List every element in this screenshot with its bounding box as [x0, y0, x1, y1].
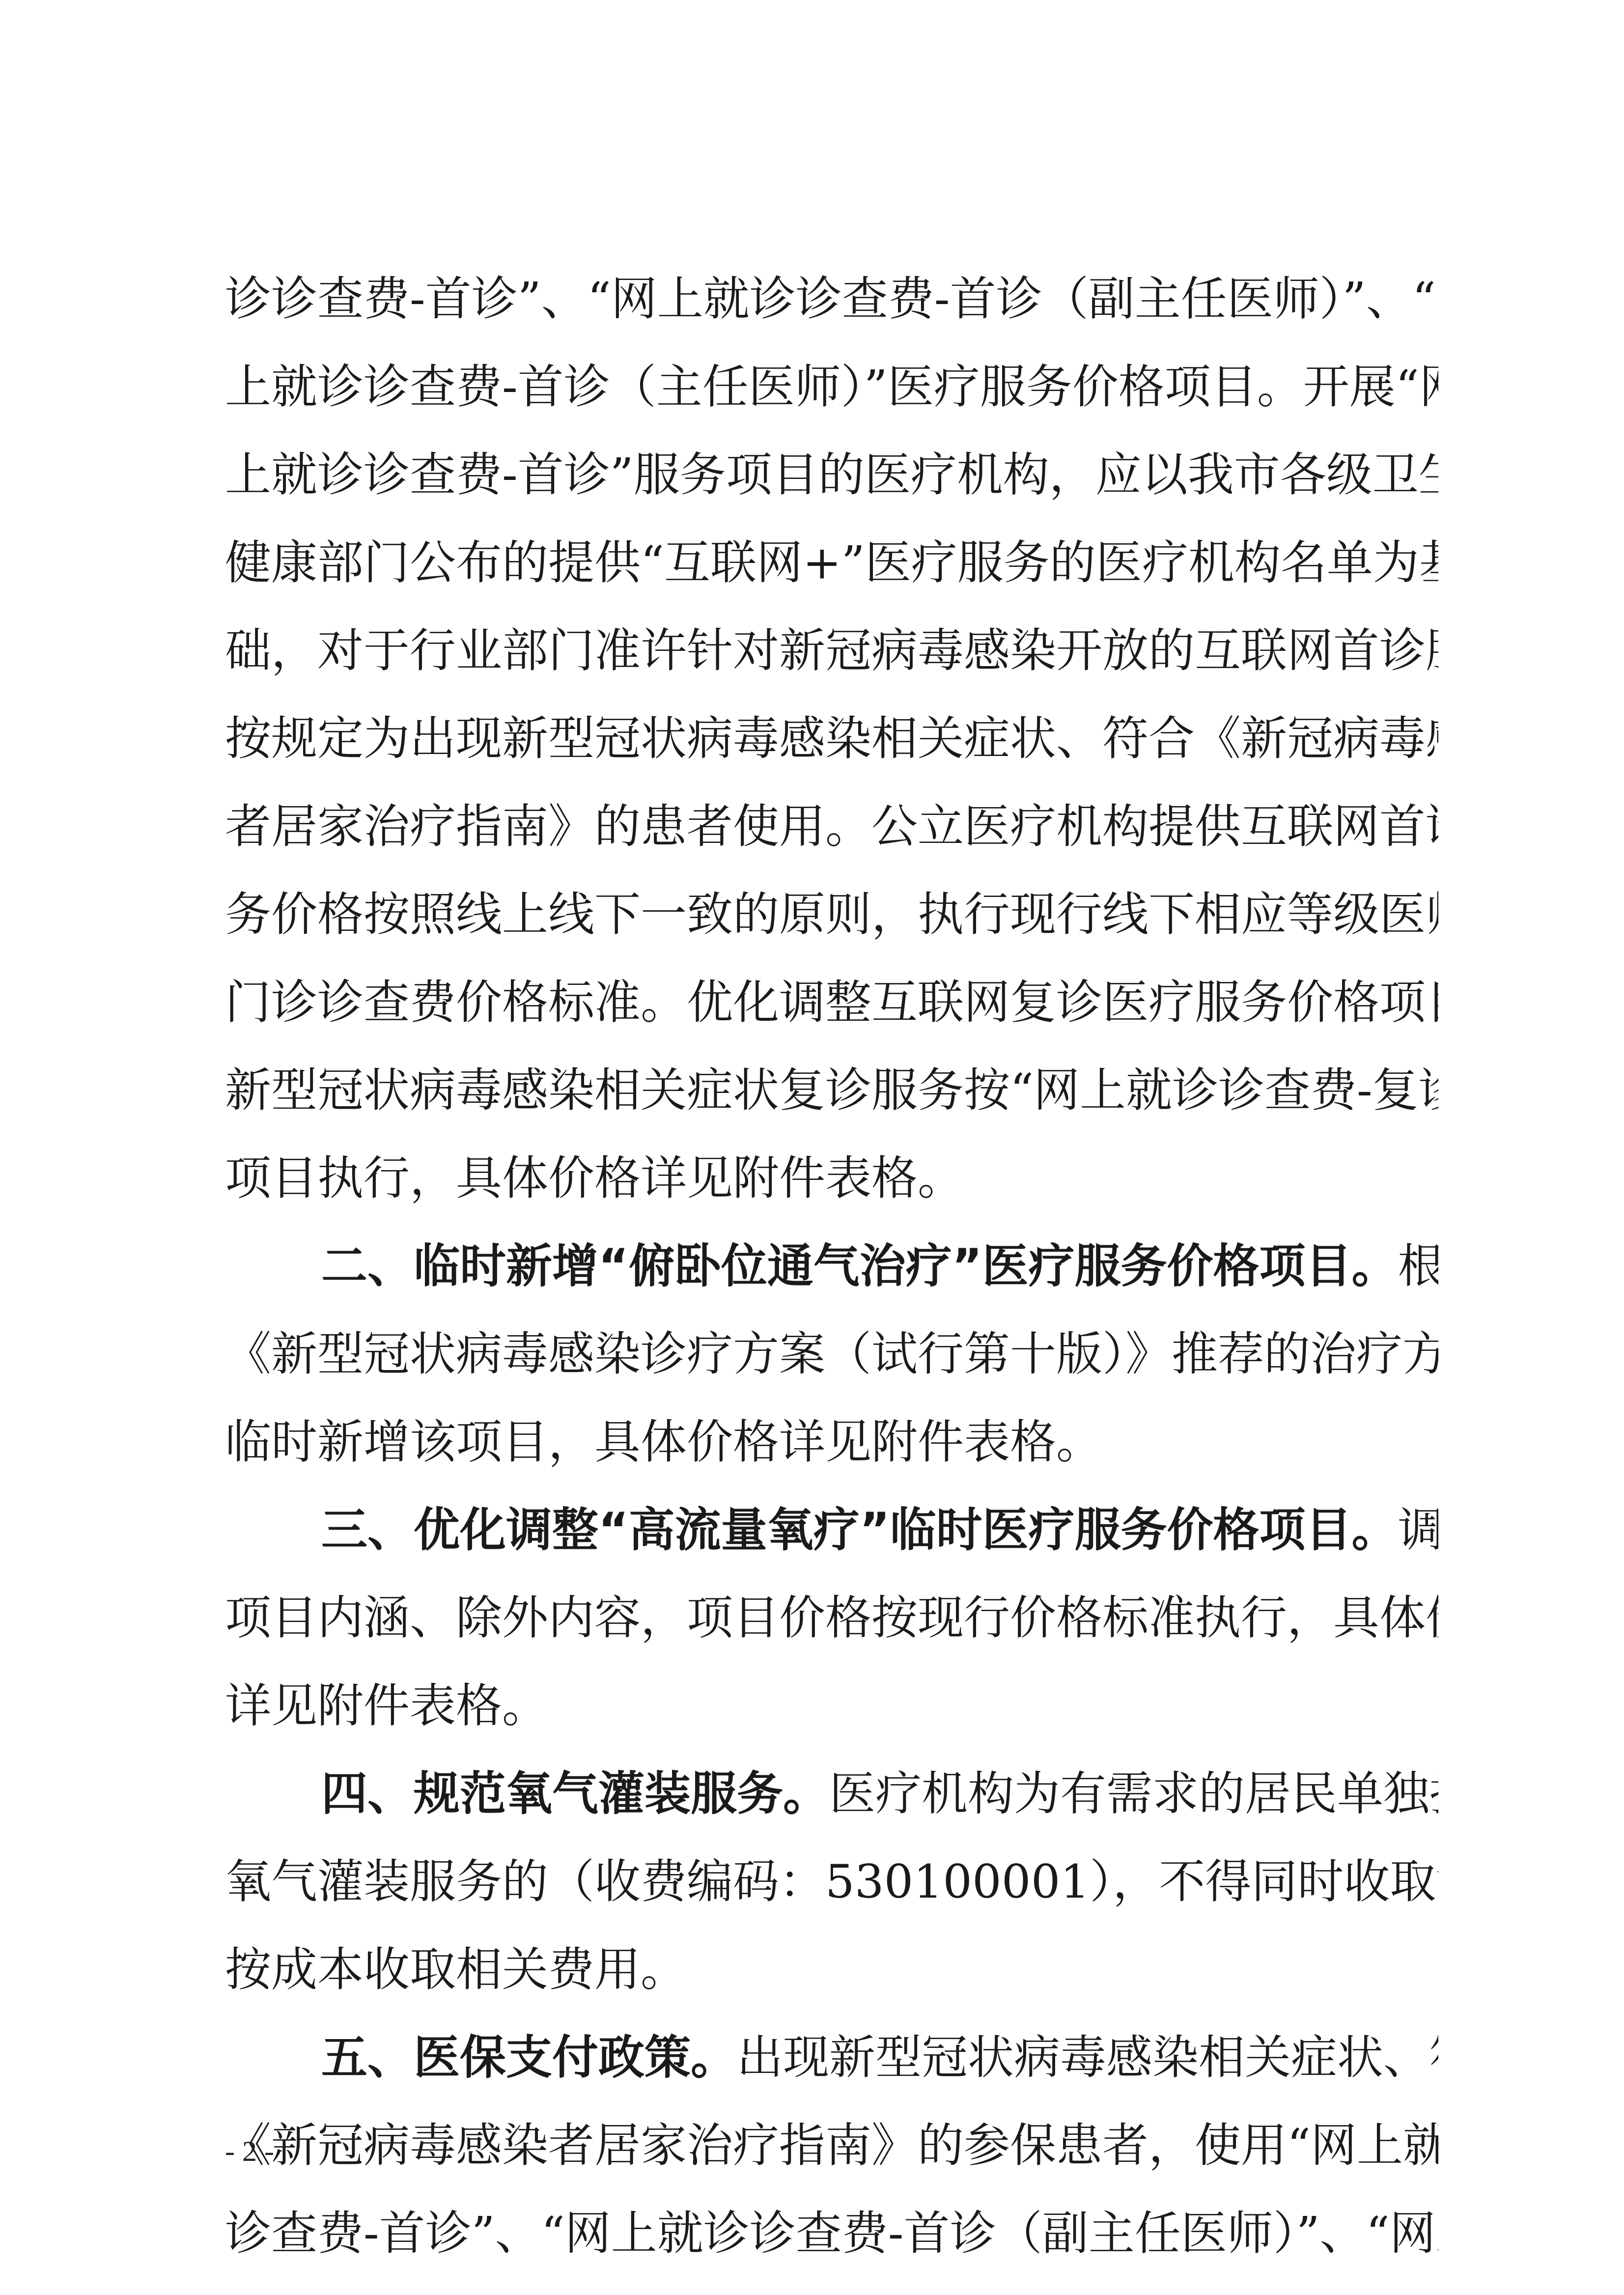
- section-5-first-line: 五、医保支付政策。出现新型冠状病毒感染相关症状、符合: [225, 2014, 1438, 2102]
- text-line: 按规定为出现新型冠状病毒感染相关症状、符合《新冠病毒感染: [225, 695, 1438, 783]
- section-heading: 三、优化调整“高流量氧疗”临时医疗服务价格项目。: [321, 1504, 1398, 1557]
- text-line: 《新冠病毒感染者居家治疗指南》的参保患者，使用“网上就诊: [225, 2102, 1438, 2190]
- section-text: 出现新型冠状病毒感染相关症状、符合: [737, 2031, 1438, 2085]
- body-text: 诊诊查费-首诊”、“网上就诊诊查费-首诊（副主任医师）”、“网 上就诊诊查费-首…: [225, 255, 1438, 2278]
- section-3-first-line: 三、优化调整“高流量氧疗”临时医疗服务价格项目。调整: [225, 1486, 1438, 1574]
- text-line: 上就诊诊查费-首诊（主任医师）”医疗服务价格项目。开展“网: [225, 343, 1438, 431]
- document-page: 诊诊查费-首诊”、“网上就诊诊查费-首诊（副主任医师）”、“网 上就诊诊查费-首…: [0, 0, 1624, 2295]
- page-number: - 2 -: [225, 2134, 274, 2168]
- text-line: 础，对于行业部门准许针对新冠病毒感染开放的互联网首诊服务，: [225, 607, 1438, 695]
- text-line: 项目执行，具体价格详见附件表格。: [225, 1135, 1438, 1223]
- text-line: 健康部门公布的提供“互联网+”医疗服务的医疗机构名单为基: [225, 519, 1438, 607]
- text-line: 《新型冠状病毒感染诊疗方案（试行第十版）》推荐的治疗方式，: [225, 1311, 1438, 1399]
- text-line: 详见附件表格。: [225, 1662, 1438, 1750]
- text-line: 新型冠状病毒感染相关症状复诊服务按“网上就诊诊查费-复诊”: [225, 1047, 1438, 1135]
- section-heading: 五、医保支付政策。: [321, 2031, 737, 2085]
- section-heading: 四、规范氧气灌装服务。: [321, 1767, 829, 1821]
- text-line: 诊查费-首诊”、“网上就诊诊查费-首诊（副主任医师）”、“网上: [225, 2190, 1438, 2278]
- text-line: 临时新增该项目，具体价格详见附件表格。: [225, 1399, 1438, 1486]
- text-line: 门诊诊查费价格标准。优化调整互联网复诊医疗服务价格项目。: [225, 959, 1438, 1047]
- section-text: 医疗机构为有需求的居民单独提供: [829, 1767, 1438, 1821]
- text-line: 按成本收取相关费用。: [225, 1926, 1438, 2014]
- text-line: 上就诊诊查费-首诊”服务项目的医疗机构，应以我市各级卫生: [225, 431, 1438, 519]
- section-heading: 二、临时新增“俯卧位通气治疗”医疗服务价格项目。: [321, 1240, 1398, 1293]
- text-line: 项目内涵、除外内容，项目价格按现行价格标准执行，具体价格: [225, 1574, 1438, 1662]
- section-text: 根据: [1398, 1240, 1438, 1293]
- section-4-first-line: 四、规范氧气灌装服务。医疗机构为有需求的居民单独提供: [225, 1750, 1438, 1838]
- section-2-first-line: 二、临时新增“俯卧位通气治疗”医疗服务价格项目。根据: [225, 1223, 1438, 1311]
- section-text: 调整: [1398, 1504, 1438, 1557]
- text-line: 者居家治疗指南》的患者使用。公立医疗机构提供互联网首诊服: [225, 783, 1438, 871]
- text-line: 氧气灌装服务的（收费编码：530100001），不得同时收取诊查费，: [225, 1838, 1438, 1926]
- text-line: 务价格按照线上线下一致的原则，执行现行线下相应等级医师的: [225, 871, 1438, 959]
- text-line: 诊诊查费-首诊”、“网上就诊诊查费-首诊（副主任医师）”、“网: [225, 255, 1438, 343]
